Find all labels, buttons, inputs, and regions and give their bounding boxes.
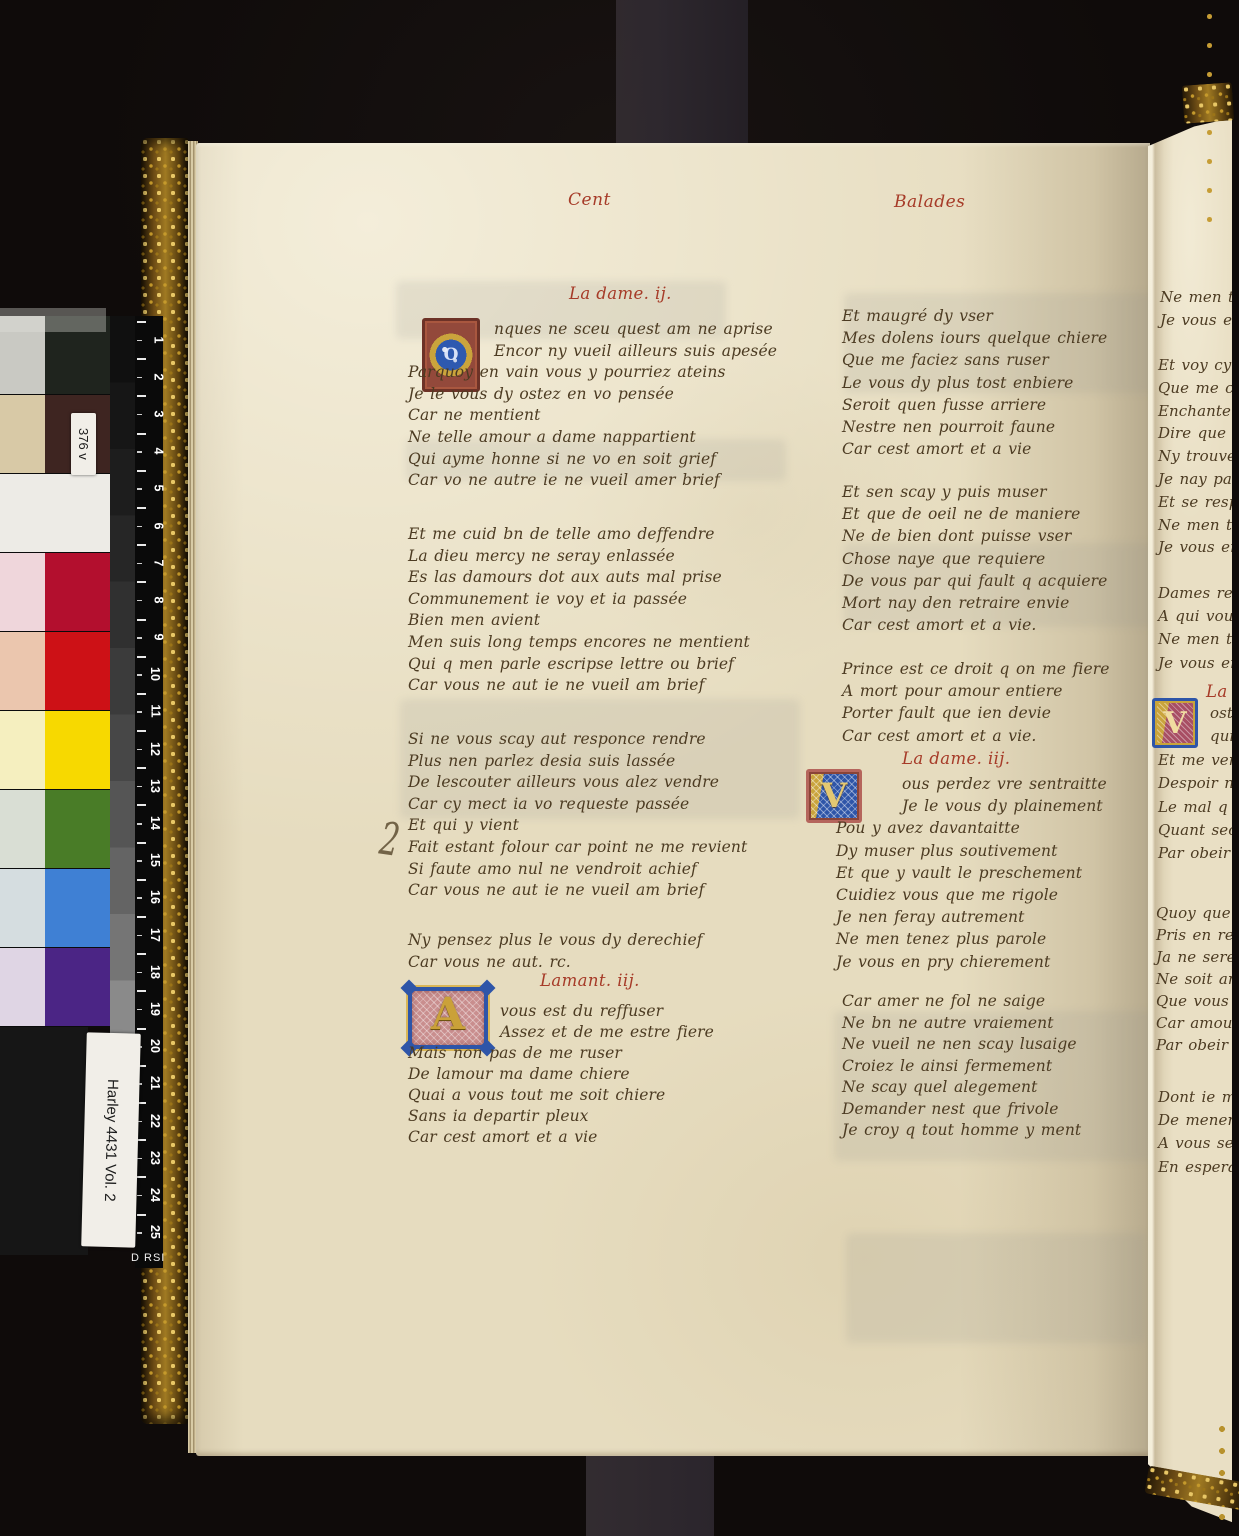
right-column-envoy: Prince est ce droit q on me fiereA mort … [842,658,1110,747]
manuscript-page-verso: Cent Balades La dame. ij. O nques ne sce… [196,143,1150,1456]
verse-line: Chose naye que requiere [842,548,1107,570]
verse-line: Et se respon [1158,491,1232,514]
ruler-cell: 4 [135,433,163,470]
verse-line: Je vous empr [1158,536,1232,559]
verse-line: Prince est ce droit q on me fiere [842,658,1110,680]
ruler-cell: 23 [135,1139,163,1176]
color-patch [45,711,110,789]
verse-line: Ny pensez plus le vous dy derechief [408,930,703,952]
ruler-cell: 13 [135,767,163,804]
ruler-number: 11 [148,705,162,718]
ruler-number: 7 [152,559,166,566]
verse-line: Porter fault que ien devie [842,702,1110,724]
verse-line: Ne vueil ne nen scay lusaige [842,1034,1081,1056]
ruler-cell: 14 [135,804,163,841]
verse-line: Enchanter q [1158,400,1232,423]
ruler-cell: 11 [135,693,163,730]
verse-line: Cuidiez vous que me rigole [836,884,1107,906]
ruler-cell: 5 [135,470,163,507]
verse-line: Que vous man [1156,990,1232,1012]
color-patch [0,790,45,868]
ruler-cell: 2 [135,358,163,395]
ruler-number: 16 [148,890,162,904]
ruler-number: 4 [152,448,166,455]
ruler-number: 1 [152,336,166,343]
rubric-lamant-iii: Lamant. iij. [540,971,640,990]
facing-page-edge: Ne men teneJe vous emp Et voy cy biQue m… [1148,118,1232,1532]
verse-line: Men suis long temps encores ne mentient [408,632,750,654]
verse-line: Et voy cy bi [1158,354,1232,377]
color-patch [45,553,110,631]
verse-line: Ne telle amour a dame nappartient [408,427,777,449]
ruler-number: 12 [148,742,162,756]
verse-line: Encor ny vueil ailleurs suis apesée [408,341,777,363]
verse-line: Je croy q tout homme y ment [842,1120,1081,1142]
ruler-number: 25 [148,1225,162,1239]
verse-line: ostre es [1158,702,1232,725]
color-patch-row [0,553,110,632]
verse-line: Je vous emp [1160,309,1232,332]
ruler-cell: 8 [135,581,163,618]
ruler-footer-label: D RSI [131,1252,171,1264]
verse-line: Mes dolens iours quelque chiere [842,327,1107,349]
color-patch-row [0,948,110,1027]
ruler-cell: 15 [135,842,163,879]
show-through-mark [846,1233,1146,1343]
verse-line: Et me vendroit [1158,749,1232,772]
ruler-number: 24 [148,1188,162,1202]
edge-text-group: Et voy cy biQue me cuidEnchanter qDire q… [1158,354,1232,559]
edge-text-group: ostre esquil neEt me vendroitDespoir nes… [1158,702,1232,866]
color-patch [45,632,110,710]
left-column-stanza-2: Et me cuid bn de telle amo deffendreLa d… [408,524,750,697]
verse-line: Car vous ne aut ie ne vueil am brief [408,675,750,697]
verse-line: Et que de oeil ne de maniere [842,503,1107,525]
color-patch-row [0,474,110,553]
verse-line: Dont ie me vi [1158,1086,1232,1109]
right-column-ballade-dame: ous perdez vre sentraitteJe le vous dy p… [836,773,1107,973]
verse-line: Si faute amo nul ne vendroit achief [408,859,747,881]
color-patch [0,711,45,789]
calibration-card-black-backing [0,1027,88,1255]
verse-line: vous est du reffuser [408,1001,714,1022]
ruler-number: 17 [148,928,162,942]
verse-line: Dire que au [1158,422,1232,445]
ruler-cell: 9 [135,619,163,656]
edge-text-group: Quoy que moPris en reffusJa ne serez que… [1156,902,1232,1056]
verse-line: Ne men tenez plus parole [836,928,1107,950]
verse-line: Assez et de me estre fiere [408,1022,714,1043]
ruler-cell: 7 [135,544,163,581]
verse-line: Je vous en pry chierement [836,951,1107,973]
rubric-la-dame-ii: La dame. ij. [569,284,672,303]
folio-number-sticker: 376 v [71,413,96,475]
verse-line: De vous par qui fault q acquiere [842,570,1107,592]
verse-line: Je vous empry [1158,652,1232,675]
tape-strip [0,308,106,332]
ruler-number: 15 [148,853,162,867]
edge-text-group: Ne men teneJe vous emp [1160,286,1232,332]
verse-line: Ne soit amour [1156,968,1232,990]
verse-line: Qui ayme honne si ne vo en soit grief [408,449,777,471]
verse-line: Ne men tenez [1158,628,1232,651]
verse-line: Mais non pas de me ruser [408,1043,714,1064]
ruler-number: 19 [148,1002,162,1016]
ruler-cell: 22 [135,1102,163,1139]
running-header-right: Balades [894,192,965,212]
edge-text-group: Dames respoA qui vous pNe men tenezJe vo… [1158,582,1232,675]
ruler-number: 22 [148,1114,162,1128]
verse-line: ous perdez vre sentraitte [836,773,1107,795]
measurement-ruler: 1234567891011121314151617181920212223242… [135,316,163,1268]
verse-line: De lescouter ailleurs vous alez vendre [408,772,747,794]
verse-line: Car vous ne aut. rc. [408,952,703,974]
verse-line: Quai a vous tout me soit chiere [408,1085,714,1106]
ruler-number: 14 [148,816,162,830]
verse-line: Demander nest que frivole [842,1099,1081,1121]
verse-line: Pris en reffus [1156,924,1232,946]
verse-line: Je le vous dy ostez en vo pensée [408,384,777,406]
ruler-cell: 3 [135,395,163,432]
verse-line: De mener duel [1158,1109,1232,1132]
ruler-cell: 24 [135,1176,163,1213]
verse-line: La dieu mercy ne seray enlassée [408,546,750,568]
verse-line: En esperant es [1158,1156,1232,1179]
right-column-stanza-3: Car amer ne fol ne saigeNe bn ne autre v… [842,991,1081,1142]
ruler-number: 23 [148,1151,162,1165]
verse-line: Ne bn ne autre vraiement [842,1013,1081,1035]
verse-line: Je nay pas p [1158,468,1232,491]
color-patch [0,869,45,947]
color-patch-row [0,869,110,948]
color-patch [45,948,110,1026]
verse-line: Ne de bien dont puisse vser [842,525,1107,547]
color-patch [0,553,45,631]
verse-line: Es las damours dot aux auts mal prise [408,567,750,589]
ruler-cell: 6 [135,507,163,544]
left-column-stanza-1: nques ne sceu quest am ne apriseEncor ny… [408,319,777,492]
verse-line: Parquoy en vain vous y pourriez ateins [408,362,777,384]
manuscript-photo-canvas: 1234567891011121314151617181920212223242… [0,0,1239,1536]
right-column-stanza-2: Et sen scay y puis muserEt que de oeil n… [842,481,1107,636]
gilded-edge-patch-top [1182,82,1235,123]
verse-line: Quant secou [1158,819,1232,842]
verse-line: Je le vous dy plainement [836,795,1107,817]
book-support-strap-bottom [586,1450,714,1536]
verse-line: Je nen feray autrement [836,906,1107,928]
color-patch-row [0,790,110,869]
verse-line: Sans ia departir pleux [408,1106,714,1127]
verse-line: Ne men tenez [1158,514,1232,537]
verse-line: A vous secour [1158,1132,1232,1155]
verse-line: Croiez le ainsi fermement [842,1056,1081,1078]
book-support-strap-top [616,0,748,152]
verse-line: Communement ie voy et ia passée [408,589,750,611]
verse-line: Si ne vous scay aut responce rendre [408,729,747,751]
ruler-cell: 19 [135,990,163,1027]
ruler-cell: 16 [135,879,163,916]
verse-line: Ja ne serez que [1156,946,1232,968]
right-column-stanza-1: Et maugré dy vserMes dolens iours quelqu… [842,305,1107,460]
verse-line: Car cest amort et a vie. [842,614,1107,636]
verse-line: Car cy mect ia vo requeste passée [408,794,747,816]
verse-line: Que me faciez sans ruser [842,349,1107,371]
verse-line: Que me cuid [1158,377,1232,400]
color-patch-row [0,632,110,711]
ruler-number: 10 [148,667,162,681]
ruler-number: 13 [148,779,162,793]
color-patch [0,632,45,710]
left-column-envoy: Ny pensez plus le vous dy derechiefCar v… [408,930,703,973]
ruler-number: 6 [152,522,166,529]
pen-flourish-mark: 2 [376,813,402,868]
color-patch-row [0,711,110,790]
verse-line: Et me cuid bn de telle amo deffendre [408,524,750,546]
verse-line: Seroit quen fusse arriere [842,394,1107,416]
color-patch [45,869,110,947]
verse-line: Qui q men parle escripse lettre ou brief [408,654,750,676]
ruler-cell: 1 [135,321,163,358]
left-column-ballade-amant: vous est du reffuserAssez et de me estre… [408,1001,714,1148]
verse-line: Car amer ne fol ne saige [842,991,1081,1013]
verse-line: Ne scay quel alegement [842,1077,1081,1099]
verse-line: Par obeir souf [1156,1034,1232,1056]
verse-line: Dy muser plus soutivement [836,840,1107,862]
ruler-number: 8 [152,596,166,603]
verse-line: Nestre nen pourroit faune [842,416,1107,438]
verse-line: Le mal q iay [1158,796,1232,819]
verse-line: Car vous ne aut ie ne vueil am brief [408,880,747,902]
verse-line: Et que y vault le preschement [836,862,1107,884]
ruler-number: 18 [148,965,162,979]
verse-line: Ne men tene [1160,286,1232,309]
verse-line: Pou y avez davantaitte [836,817,1107,839]
color-patch [0,948,45,1026]
verse-line: Le vous dy plus tost enbiere [842,372,1107,394]
ruler-number: 21 [148,1076,162,1090]
left-column-stanza-3: Si ne vous scay aut responce rendrePlus … [408,729,747,902]
ruler-cell: 17 [135,916,163,953]
verse-line: Car amour pui [1156,1012,1232,1034]
running-header-left: Cent [568,190,611,210]
ruler-cell: 18 [135,953,163,990]
verse-line: Et sen scay y puis muser [842,481,1107,503]
verse-line: Car cest amort et a vie. [842,725,1110,747]
ruler-cell: 25 [135,1214,163,1251]
ruler-number: 20 [148,1039,162,1053]
verse-line: nques ne sceu quest am ne aprise [408,319,777,341]
shelfmark-sticker: Harley 4431 Vol. 2 [81,1032,141,1247]
verse-line: Car cest amort et a vie [408,1127,714,1148]
verse-line: A qui vous p [1158,605,1232,628]
edge-text-group: Dont ie me viDe mener duelA vous secourE… [1158,1086,1232,1179]
verse-line: Par obeir sou [1158,842,1232,865]
ruler-cell: 12 [135,730,163,767]
verse-line: Bien men avient [408,610,750,632]
verse-line: Dames respo [1158,582,1232,605]
ruler-number: 3 [152,410,166,417]
verse-line: A mort pour amour entiere [842,680,1110,702]
verse-line: Despoir nestoi [1158,772,1232,795]
verse-line: Et maugré dy vser [842,305,1107,327]
verse-line: Car vo ne autre ie ne vueil amer brief [408,470,777,492]
verse-line: Plus nen parlez desia suis lassée [408,751,747,773]
color-patch [0,395,45,473]
ruler-cell: 10 [135,656,163,693]
verse-line: Quoy que mo [1156,902,1232,924]
verse-line: Et qui y vient [408,815,747,837]
verse-line: quil ne [1158,725,1232,748]
verse-line: Car ne mentient [408,405,777,427]
verse-line: Mort nay den retraire envie [842,592,1107,614]
ruler-number: 2 [152,373,166,380]
verse-line: Fait estant folour car point ne me revie… [408,837,747,859]
ruler-number: 5 [152,485,166,492]
verse-line: Ny trouvere [1158,445,1232,468]
color-patch [45,790,110,868]
verse-line: De lamour ma dame chiere [408,1064,714,1085]
ruler-number: 9 [152,634,166,641]
rubric-la-dame-iii: La dame. iij. [902,749,1010,768]
verse-line: Car cest amort et a vie [842,438,1107,460]
edge-rubric-fragment: La [1206,682,1228,701]
